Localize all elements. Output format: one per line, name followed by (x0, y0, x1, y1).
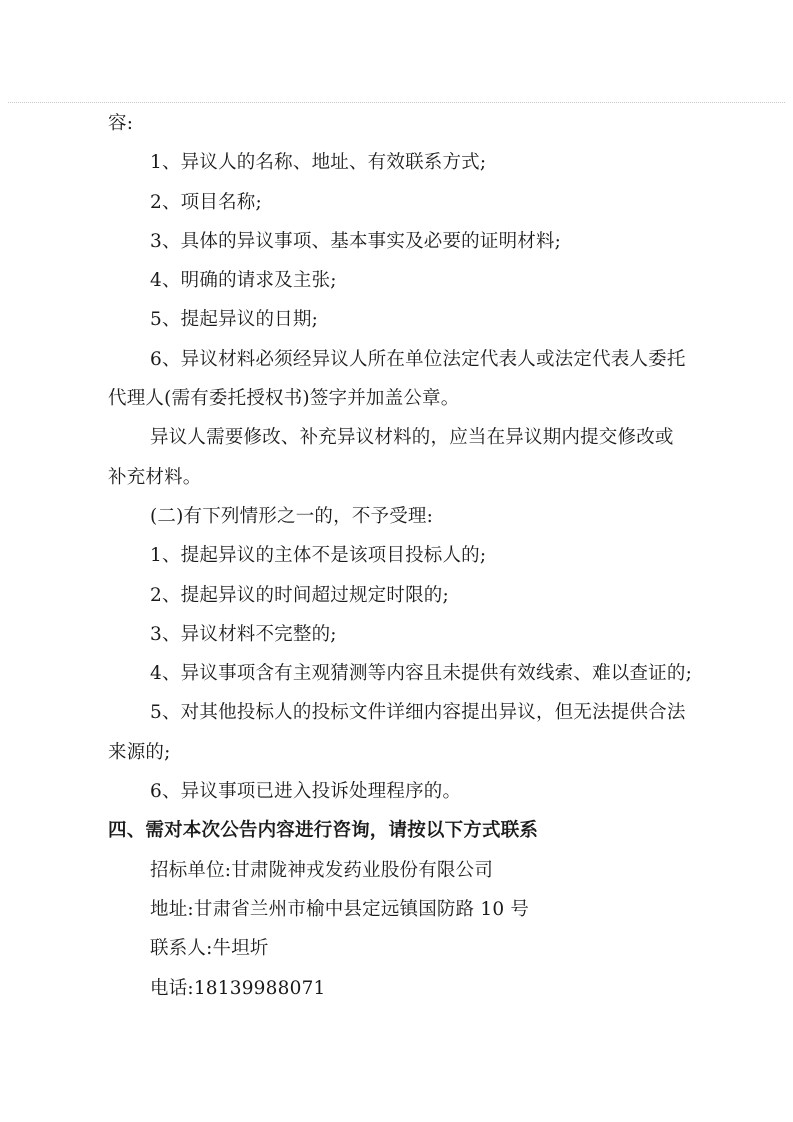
list-item: 6、异议事项已进入投诉处理程序的。 (108, 772, 708, 811)
list-item-continuation: 来源的; (108, 733, 708, 772)
contact-phone: 电话:18139988071 (108, 969, 708, 1008)
list-item-continuation: 代理人(需有委托授权书)签字并加盖公章。 (108, 379, 708, 418)
section-heading: 四、需对本次公告内容进行咨询，请按以下方式联系 (108, 811, 708, 850)
list-item: 4、异议事项含有主观猜测等内容且未提供有效线索、难以查证的; (108, 654, 708, 693)
list-item: 3、具体的异议事项、基本事实及必要的证明材料; (108, 222, 708, 261)
list-item: 5、对其他投标人的投标文件详细内容提出异议，但无法提供合法 (108, 693, 708, 732)
subsection-heading: (二)有下列情形之一的，不予受理: (108, 497, 708, 536)
list-item: 1、提起异议的主体不是该项目投标人的; (108, 536, 708, 575)
document-page: 容: 1、异议人的名称、地址、有效联系方式; 2、项目名称; 3、具体的异议事项… (108, 104, 708, 1008)
list-item: 5、提起异议的日期; (108, 300, 708, 339)
list-item: 6、异议材料必须经异议人所在单位法定代表人或法定代表人委托 (108, 340, 708, 379)
continuation-text: 容: (108, 104, 708, 143)
list-item: 2、项目名称; (108, 183, 708, 222)
paragraph-continuation: 补充材料。 (108, 458, 708, 497)
list-item: 3、异议材料不完整的; (108, 615, 708, 654)
list-item: 2、提起异议的时间超过规定时限的; (108, 576, 708, 615)
list-item: 1、异议人的名称、地址、有效联系方式; (108, 143, 708, 182)
paragraph: 异议人需要修改、补充异议材料的，应当在异议期内提交修改或 (108, 418, 708, 457)
contact-address: 地址:甘肃省兰州市榆中县定远镇国防路 10 号 (108, 890, 708, 929)
contact-unit: 招标单位:甘肃陇神戎发药业股份有限公司 (108, 851, 708, 890)
scan-artifact-line (8, 102, 785, 103)
list-item: 4、明确的请求及主张; (108, 261, 708, 300)
contact-person: 联系人:牛坦圻 (108, 929, 708, 968)
